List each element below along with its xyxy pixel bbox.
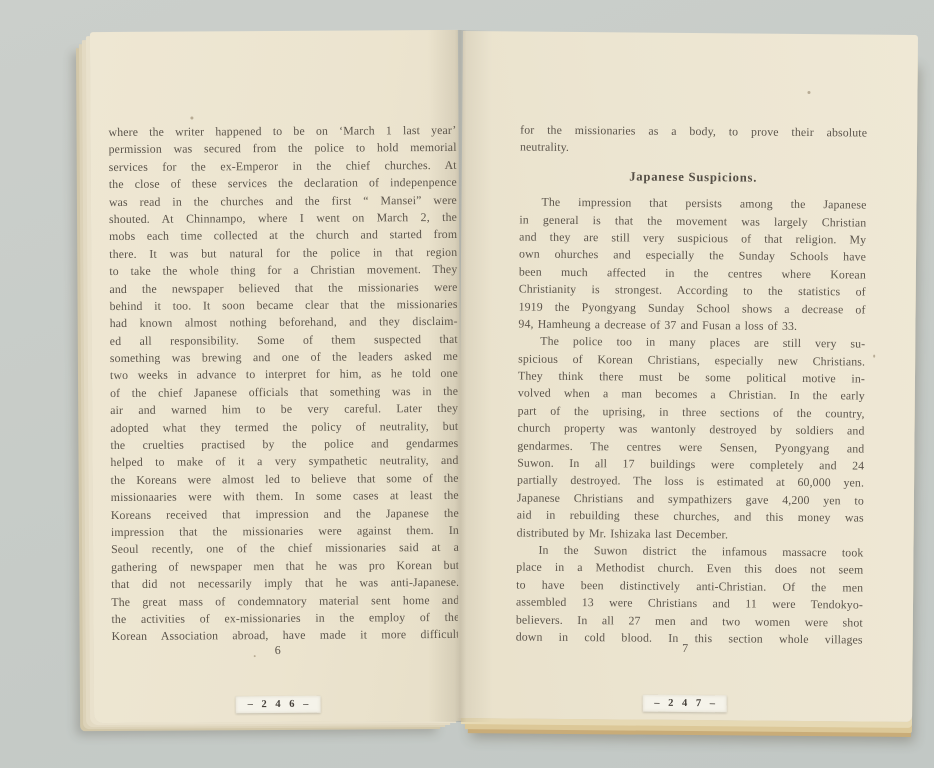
text-line: behind it too. It soon became clear that…	[110, 296, 458, 316]
right-page-number: 7	[458, 639, 913, 658]
text-line: mobs each time collected at the church a…	[109, 226, 457, 246]
text-line: the close of these services the declarat…	[109, 174, 457, 194]
text-line: ed all responsibility. Some of them susp…	[110, 331, 458, 351]
text-line: helped to make of it a very sympathetic …	[110, 452, 458, 472]
text-line: Seoul recently, one of the chief mission…	[111, 539, 459, 559]
text-line: missionaaries were with them. In some ca…	[111, 487, 459, 507]
open-book: where the writer happened to be on ‘Marc…	[0, 0, 934, 768]
paper-speck	[254, 655, 256, 657]
text-line: there. It was but natural for the police…	[109, 244, 457, 264]
text-line: where the writer happened to be on ‘Marc…	[108, 122, 456, 142]
text-line: permission was secured from the police t…	[109, 139, 457, 159]
text-line: that did not necessarily imply that he w…	[111, 574, 459, 594]
text-line: was read in the churches and the first “…	[109, 191, 457, 211]
text-line: neutrality.	[520, 139, 867, 159]
text-line: adopted what they termed the policy of n…	[110, 418, 458, 438]
left-folio-label: – 2 4 6 –	[236, 696, 321, 714]
left-page: where the writer happened to be on ‘Marc…	[90, 30, 462, 723]
text-line: for the missionaries as a body, to prove…	[520, 122, 867, 142]
right-page: for the missionaries as a body, to prove…	[457, 31, 918, 722]
left-page-number: 6	[94, 642, 462, 659]
text-line: had known almost nothing beforehand, and…	[110, 313, 458, 333]
text-line: to take the whole thing for a Christian …	[109, 261, 457, 281]
text-line: the activities of ex-missionaries in the…	[111, 609, 459, 629]
text-line: air and warned him to be very careful. L…	[110, 400, 458, 420]
left-page-text: where the writer happened to be on ‘Marc…	[108, 122, 459, 646]
paper-speck	[873, 355, 875, 358]
text-line: services for the ex-Emperor in the chief…	[109, 157, 457, 177]
text-line: impression that the missionaries were ag…	[111, 522, 459, 542]
text-line: two weeks in advance to interpret for hi…	[110, 365, 458, 385]
right-folio-label: – 2 4 7 –	[642, 695, 727, 713]
text-line: gathering of newspaper men that he was p…	[111, 557, 459, 577]
text-line: the Koreans were almost led to believe t…	[111, 470, 459, 490]
text-line: and the newspaper believed that the miss…	[109, 278, 457, 298]
text-line: shouted. At Chinnampo, where I went on M…	[109, 209, 457, 229]
paper-speck	[807, 91, 810, 94]
text-line: the cruelties practised by the police an…	[110, 435, 458, 455]
right-page-text: for the missionaries as a body, to prove…	[516, 122, 868, 649]
text-line: something was brewing and one of the lea…	[110, 348, 458, 368]
text-line: of the chief Japanese officials that som…	[110, 383, 458, 403]
text-line: Koreans received that impression and the…	[111, 504, 459, 524]
paper-speck	[190, 116, 193, 119]
text-line: The great mass of condemnatory material …	[111, 591, 459, 611]
section-heading: Japanese Suspicions.	[520, 167, 867, 187]
